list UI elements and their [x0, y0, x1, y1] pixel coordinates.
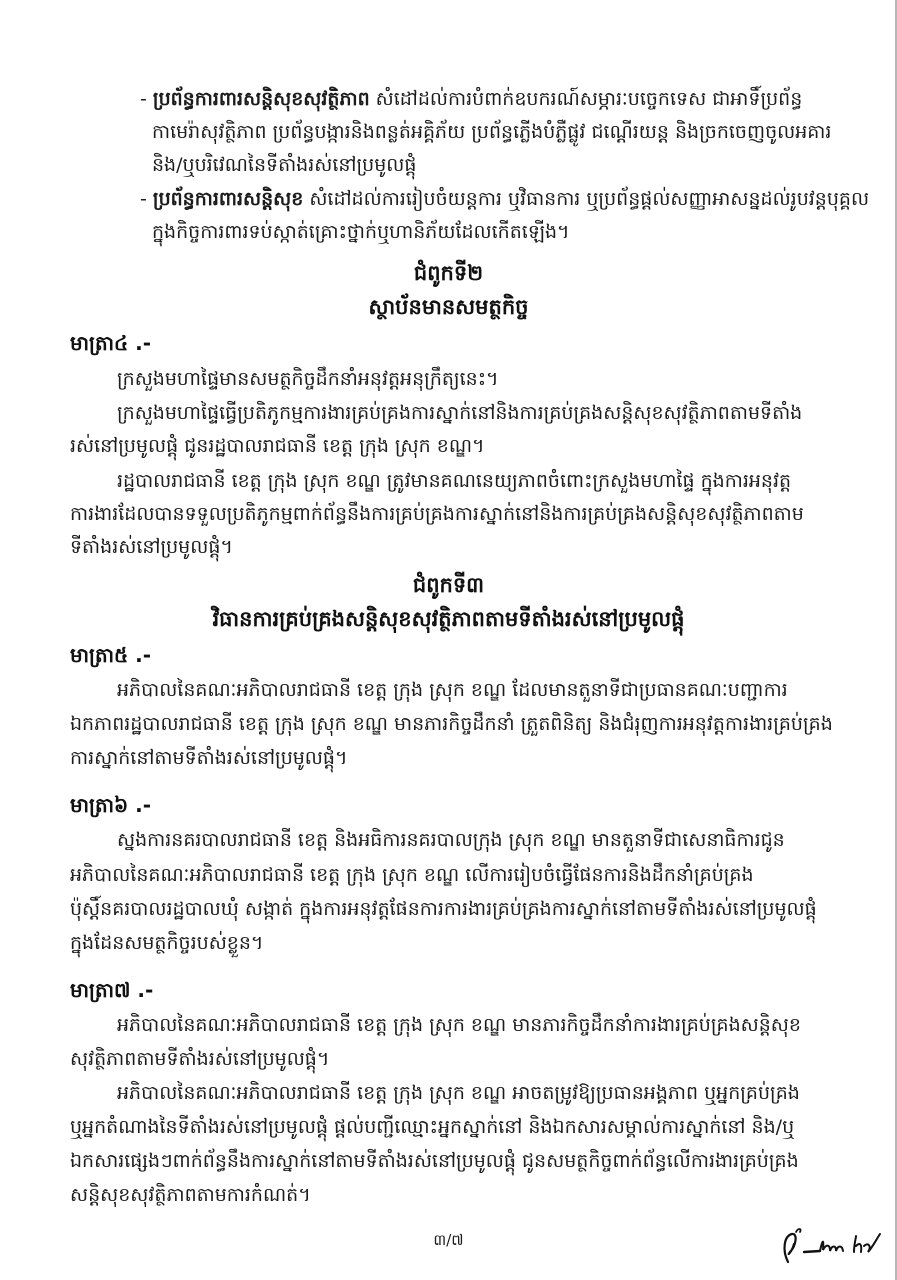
article-4-line-3: រស់នៅប្រមូលផ្តុំ ជូនរដ្ឋបាលរាជធានី ខេត្ត… — [70, 431, 485, 461]
chapter-3-number: ជំពូកទី៣ — [0, 570, 897, 600]
bullet-1-text: សំដៅដល់ការបំពាក់ឧបករណ៍សម្ភារៈបច្ចេកទេស ជ… — [370, 88, 803, 110]
handwritten-signature-icon — [776, 1222, 886, 1272]
article-6-line-3: ប៉ុស្តិ៍នគរបាលរដ្ឋបាលឃុំ សង្កាត់ ក្នុងកា… — [70, 894, 817, 924]
article-4-line-5: ការងារដែលបានទទួលប្រតិភូកម្មពាក់ព័ន្ធនឹងក… — [70, 499, 804, 529]
article-7-line-2: សុវត្ថិភាពតាមទីតាំងរស់នៅប្រមូលផ្តុំ។ — [70, 1044, 329, 1074]
article-4-line-2: ក្រសួងមហាផ្ទៃធ្វើប្រតិភូកម្មការងារគ្រប់គ… — [117, 398, 802, 428]
article-6-heading: មាត្រា៦ .- — [70, 790, 151, 820]
article-4-line-1: ក្រសួងមហាផ្ទៃមានសមត្ថកិច្ចដឹកនាំអនុវត្តអ… — [117, 364, 499, 394]
article-7-line-4: ឬអ្នកតំណាងនៃទីតាំងរស់នៅប្រមូលផ្តុំ ផ្តល់… — [70, 1112, 794, 1142]
bullet-2-line-2: ក្នុងកិច្ចការពារទប់ស្កាត់គ្រោះថ្នាក់ឬហាន… — [152, 217, 570, 247]
article-5-line-1: អភិបាលនៃគណៈអភិបាលរាជធានី ខេត្ត ក្រុង ស្រ… — [117, 675, 788, 705]
chapter-2-number: ជំពូកទី២ — [0, 258, 897, 288]
article-4-line-4: រដ្ឋបាលរាជធានី ខេត្ត ក្រុង ស្រុក ខណ្ឌ ត្… — [117, 466, 791, 496]
article-6-line-4: ក្នុងដែនសមត្ថកិច្ចរបស់ខ្លួន។ — [70, 928, 263, 958]
article-5-line-2: ឯកភាពរដ្ឋបាលរាជធានី ខេត្ត ក្រុង ស្រុក ខណ… — [70, 709, 833, 739]
chapter-3-title: វិធានការគ្រប់គ្រងសន្តិសុខសុវត្ថិភាពតាមទី… — [0, 604, 897, 634]
article-5-line-3: ការស្នាក់នៅតាមទីតាំងរស់នៅប្រមូលផ្តុំ។ — [70, 743, 348, 773]
article-7-line-6: សន្តិសុខសុវត្ថិភាពតាមការកំណត់។ — [70, 1180, 311, 1210]
article-7-heading: មាត្រា៧ .- — [70, 975, 153, 1005]
page-number: ៣/៧ — [0, 1225, 897, 1255]
bullet-2-line-1: - ប្រព័ន្ធការពារសន្តិសុខ សំដៅដល់ការរៀបចំ… — [140, 184, 869, 214]
article-7-line-5: ឯកសារផ្សេងៗពាក់ព័ន្ធនឹងការស្នាក់នៅតាមទីត… — [70, 1146, 799, 1176]
article-7-line-1: អភិបាលនៃគណៈអភិបាលរាជធានី ខេត្ត ក្រុង ស្រ… — [117, 1010, 801, 1040]
article-6-line-2: អភិបាលនៃគណៈអភិបាលរាជធានី ខេត្ត ក្រុង ស្រ… — [70, 860, 754, 890]
bullet-1-line-3: និង/ឬបរិវេណនៃទីតាំងរស់នៅប្រមូលផ្តុំ — [152, 150, 416, 180]
article-4-heading: មាត្រា៤ .- — [70, 328, 151, 358]
article-4-line-6: ទីតាំងរស់នៅប្រមូលផ្តុំ។ — [70, 532, 233, 562]
bullet-2-term: ប្រព័ន្ធការពារសន្តិសុខ — [153, 188, 303, 210]
article-5-heading: មាត្រា៥ .- — [70, 640, 151, 670]
article-6-line-1: ស្នងការនគរបាលរាជធានី ខេត្ត និងអធិការនគរប… — [117, 825, 785, 855]
bullet-1-term: ប្រព័ន្ធការពារសន្តិសុខសុវត្ថិភាព — [153, 88, 370, 110]
bullet-1-line-2: កាមេរ៉ាសុវត្ថិភាព ប្រព័ន្ធបង្ការនិងពន្លត… — [152, 117, 831, 147]
article-7-line-3: អភិបាលនៃគណៈអភិបាលរាជធានី ខេត្ត ក្រុង ស្រ… — [117, 1078, 800, 1108]
bullet-1-line-1: - ប្រព័ន្ធការពារសន្តិសុខសុវត្ថិភាព សំដៅដ… — [140, 84, 802, 114]
chapter-2-title: ស្ថាប័នមានសមត្ថកិច្ច — [0, 292, 897, 322]
bullet-2-text: សំដៅដល់ការរៀបចំយន្តការ ឬវិធានការ ឬប្រព័ន… — [303, 188, 869, 210]
